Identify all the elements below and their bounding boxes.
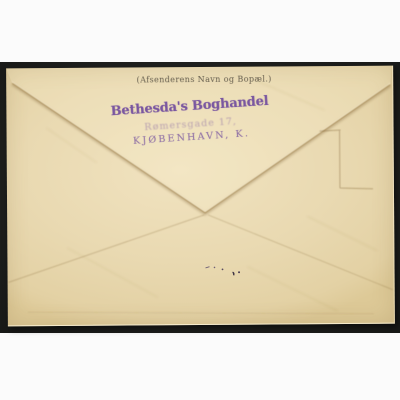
photo-page: (Afsenderens Navn og Bopæl.) Bethesda's … bbox=[0, 0, 400, 400]
seam-right-crease bbox=[208, 214, 393, 291]
photo-mat: (Afsenderens Navn og Bopæl.) Bethesda's … bbox=[0, 62, 400, 333]
envelope-back: (Afsenderens Navn og Bopæl.) Bethesda's … bbox=[6, 66, 395, 327]
ink-marks bbox=[205, 266, 240, 275]
bottom-flap-crease bbox=[28, 310, 374, 316]
seam-left-crease bbox=[8, 215, 204, 282]
card-impression bbox=[320, 130, 373, 189]
